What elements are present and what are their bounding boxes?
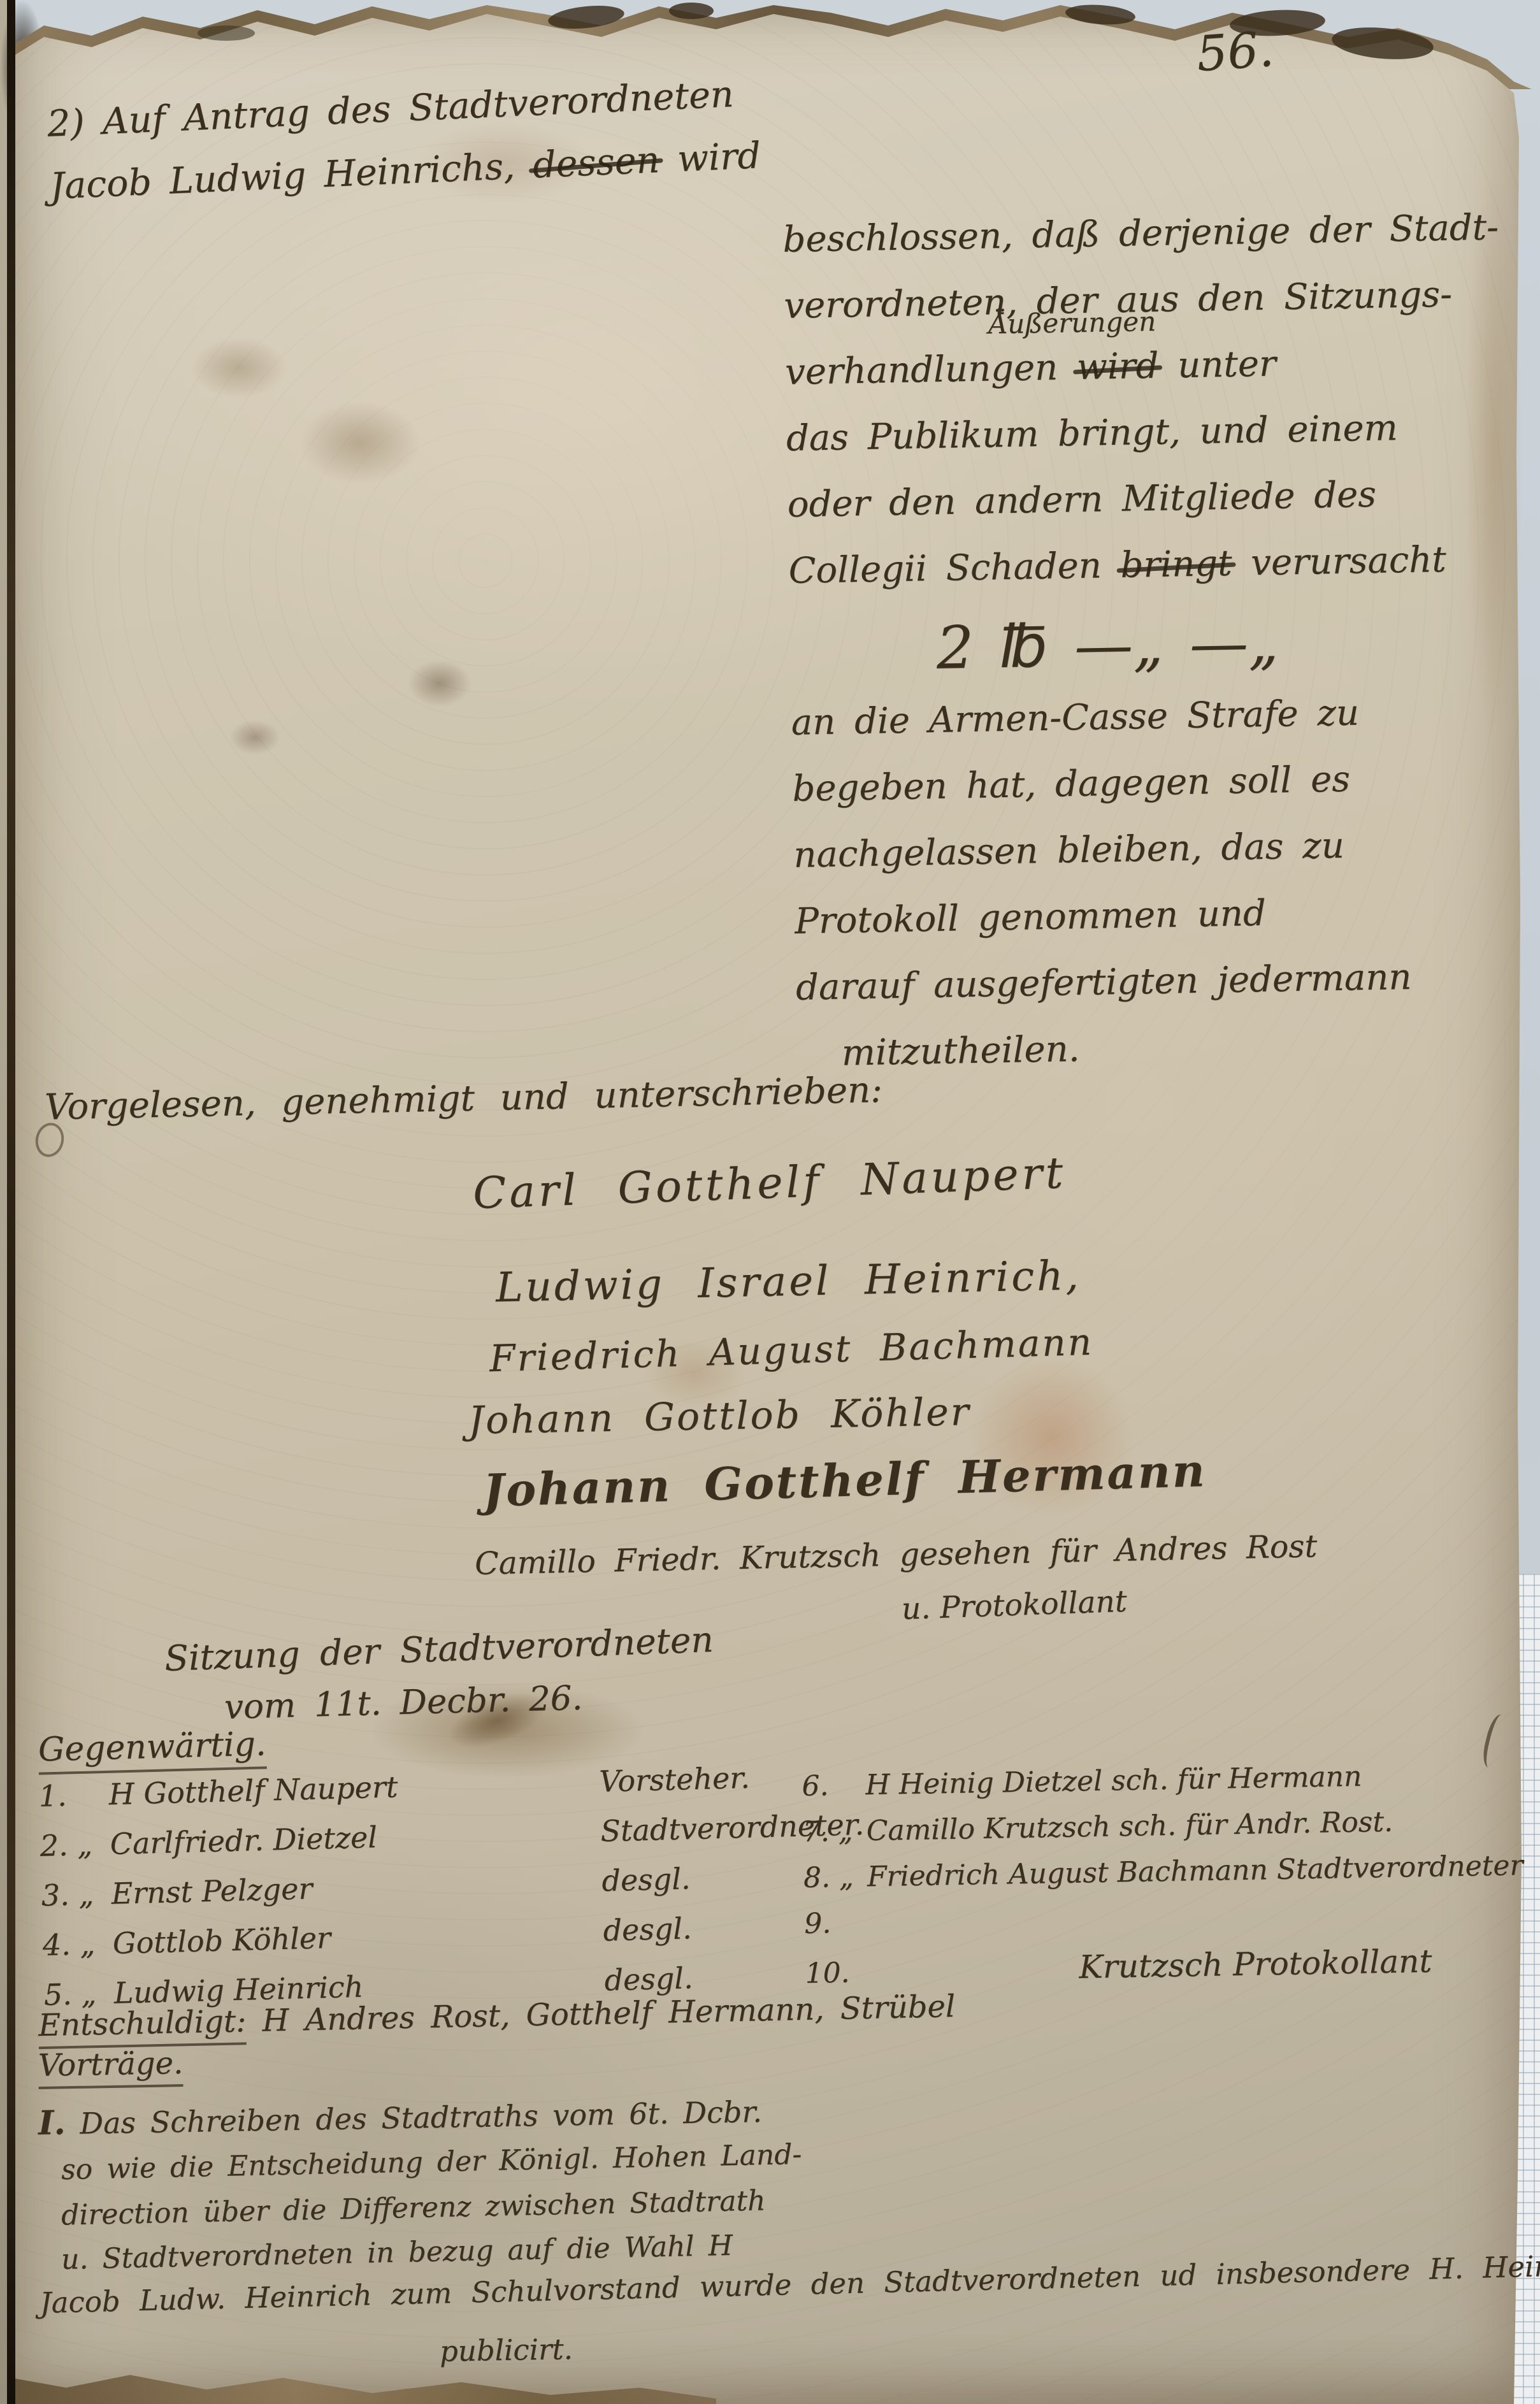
resolution-line: beschlossen, daß derjenige der Stadt- (782, 206, 1499, 285)
stain (229, 720, 280, 755)
resolution-line: oder den andern Mitgliede des (787, 471, 1504, 551)
resolution-line: Collegii Schaden bringt verursacht (788, 538, 1505, 617)
excused-label: Entschuldigt: (38, 2003, 247, 2049)
stain (299, 401, 421, 484)
resolution-line: nachgelassen bleiben, das zu (793, 822, 1510, 901)
struck-word: dessen (532, 139, 661, 187)
agenda-item-number: I. (38, 2103, 66, 2143)
agenda-heading: Vorträge. (38, 2045, 183, 2089)
page-number: 56. (1195, 20, 1276, 82)
struck-word: bringt (1120, 543, 1232, 586)
signature: Johann Gottlob Köhler (468, 1390, 970, 1443)
inserted-word: Äußerungen (988, 306, 1156, 340)
adjacent-page-edge (0, 0, 7, 2404)
torn-edge-clump (198, 25, 255, 41)
stain (191, 338, 287, 398)
fine-amount: 2 ℔ —„ —„ (789, 604, 1507, 702)
resolution-line: Protokoll genommen und (795, 888, 1511, 967)
attendance-right-list: 6. H Heinig Dietzel sch. für Hermann 7. … (802, 1757, 1525, 1999)
manuscript-page-photo: 56. 2) Auf Antrag des Stadtverordneten J… (0, 0, 1540, 2404)
resolution-line: verhandlungen wird unter Äußerungen (785, 339, 1502, 418)
struck-word: wird (1076, 345, 1159, 388)
resolution-line: an die Armen-Casse Strafe zu (791, 689, 1508, 768)
book-gutter-shadow (7, 0, 15, 2404)
stain (408, 659, 471, 707)
resolution-paragraph: beschlossen, daß derjenige der Stadt- ve… (782, 206, 1514, 1099)
resolution-line: das Publikum bringt, und einem (786, 405, 1502, 484)
resolution-line: begeben hat, dagegen soll es (792, 756, 1509, 835)
resolution-line: mitzutheilen. (796, 1021, 1513, 1100)
resolution-line: darauf ausgefertigten jedermann (795, 954, 1512, 1033)
agenda-item-closing: publicirt. (440, 2332, 573, 2368)
attendance-left-list: 1. H Gotthelf Naupert Vorsteher. 2. „ Ca… (38, 1757, 869, 2027)
attendance-heading: Gegenwärtig. (38, 1725, 266, 1774)
torn-edge-clump (669, 3, 714, 19)
